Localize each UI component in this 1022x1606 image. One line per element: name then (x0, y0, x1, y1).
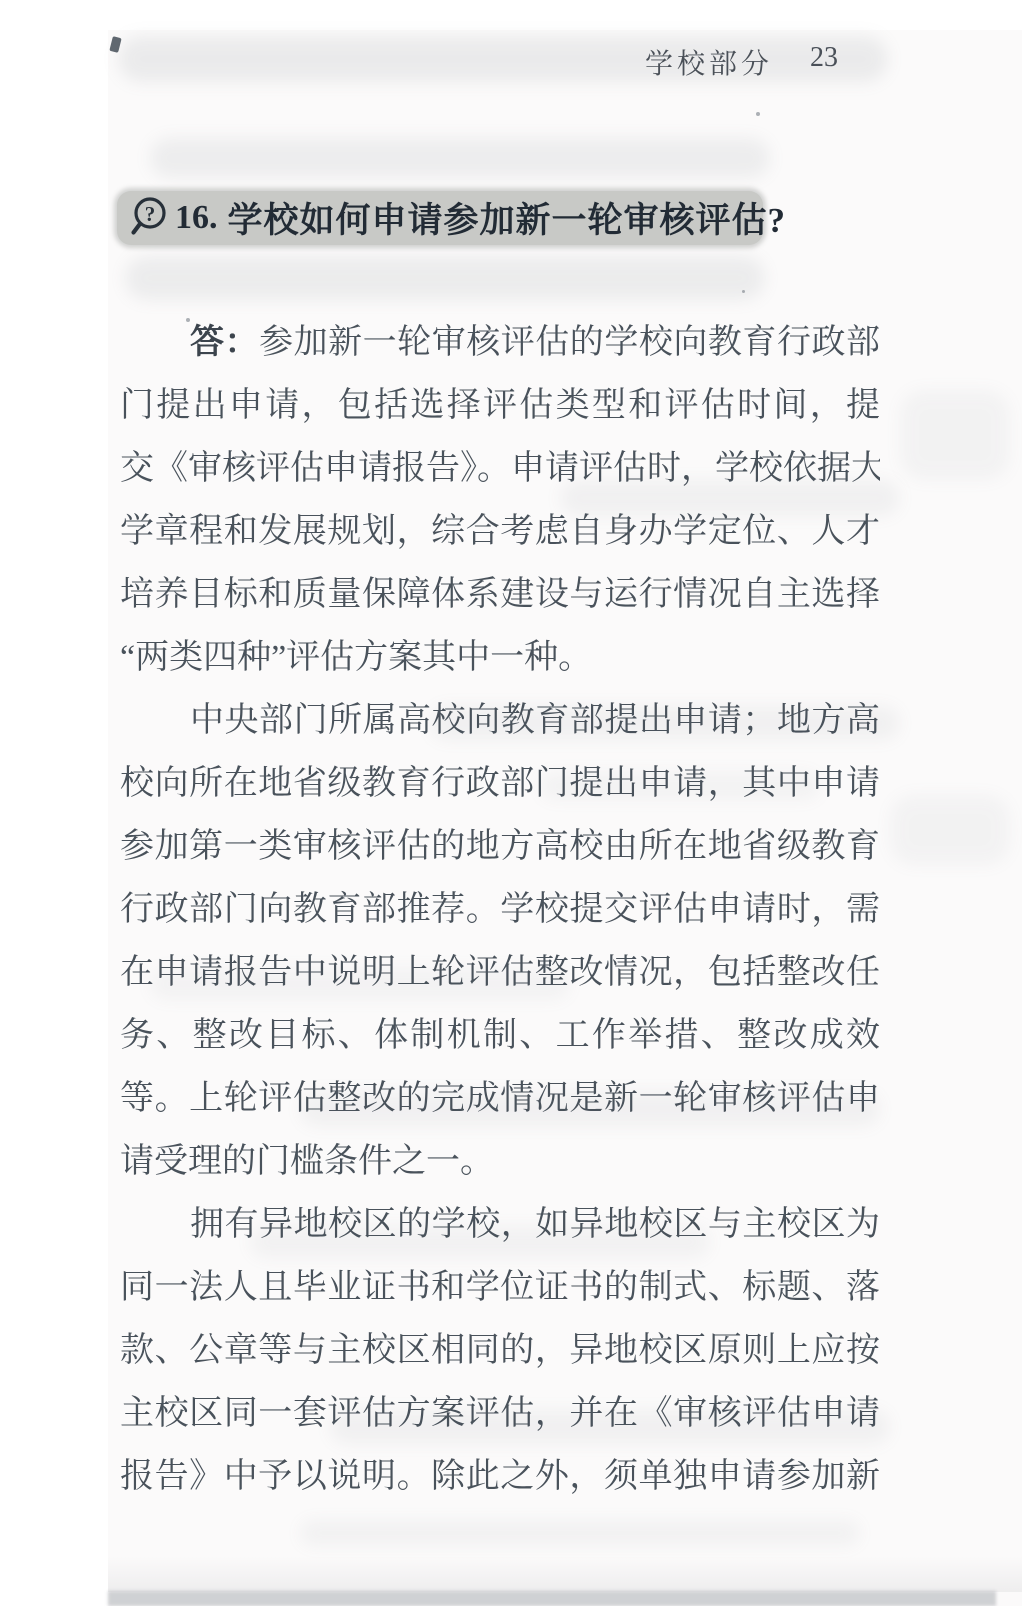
text-line: 在申请报告中说明上轮评估整改情况，包括整改任 (120, 941, 880, 1004)
text-line: 拥有异地校区的学校，如异地校区与主校区为 (120, 1193, 880, 1256)
text-line: 等。上轮评估整改的完成情况是新一轮审核评估申 (120, 1067, 880, 1130)
text-line: 门提出申请，包括选择评估类型和评估时间，提 (120, 374, 880, 437)
question-banner: ? 16. 学校如何申请参加新一轮审核评估? (117, 191, 763, 245)
text-line: 校向所在地省级教育行政部门提出申请，其中申请 (120, 752, 880, 815)
question-number: 16. (175, 199, 218, 237)
text-line: “两类四种”评估方案其中一种。 (120, 626, 880, 689)
text-line: 务、整改目标、体制机制、工作举措、整改成效 (120, 1004, 880, 1067)
running-head-page-number: 23 (810, 42, 838, 74)
running-head-section-title: 学校部分 (645, 42, 773, 82)
text-line: 学章程和发展规划，综合考虑自身办学定位、人才 (120, 500, 880, 563)
text-line: 同一法人且毕业证书和学位证书的制式、标题、落 (120, 1256, 880, 1319)
scanned-book-page: 学校部分 23 ? 16. 学校如何申请参加新一轮审核评估? 答：参加新一轮审核… (0, 0, 1022, 1606)
question-title: 学校如何申请参加新一轮审核评估? (228, 193, 787, 243)
text-line-content: 参加新一轮审核评估的学校向教育行政部 (259, 324, 880, 361)
text-line: 行政部门向教育部推荐。学校提交评估申请时，需 (120, 878, 880, 941)
svg-text:?: ? (145, 202, 156, 226)
question-mark-icon: ? (129, 194, 171, 242)
scan-speck (742, 290, 745, 293)
text-line: 参加第一类审核评估的地方高校由所在地省级教育 (120, 815, 880, 878)
scan-bottom-band (108, 1591, 996, 1606)
text-line: 培养目标和质量保障体系建设与运行情况自主选择 (120, 563, 880, 626)
text-line: 主校区同一套评估方案评估，并在《审核评估申请 (120, 1382, 880, 1445)
text-line: 款、公章等与主校区相同的，异地校区原则上应按 (120, 1319, 880, 1382)
text-line: 请受理的门槛条件之一。 (120, 1130, 880, 1193)
answer-text: 答：参加新一轮审核评估的学校向教育行政部 门提出申请，包括选择评估类型和评估时间… (120, 311, 880, 1508)
answer-label: 答： (190, 324, 259, 361)
text-line: 交《审核评估申请报告》。申请评估时，学校依据大 (120, 437, 880, 500)
text-line: 报告》中予以说明。除此之外，须单独申请参加新 (120, 1445, 880, 1508)
scan-speck (756, 112, 760, 116)
scan-bottom-fade (108, 1556, 1022, 1592)
text-line: 中央部门所属高校向教育部提出申请；地方高 (120, 689, 880, 752)
text-line: 答：参加新一轮审核评估的学校向教育行政部 (120, 311, 880, 374)
